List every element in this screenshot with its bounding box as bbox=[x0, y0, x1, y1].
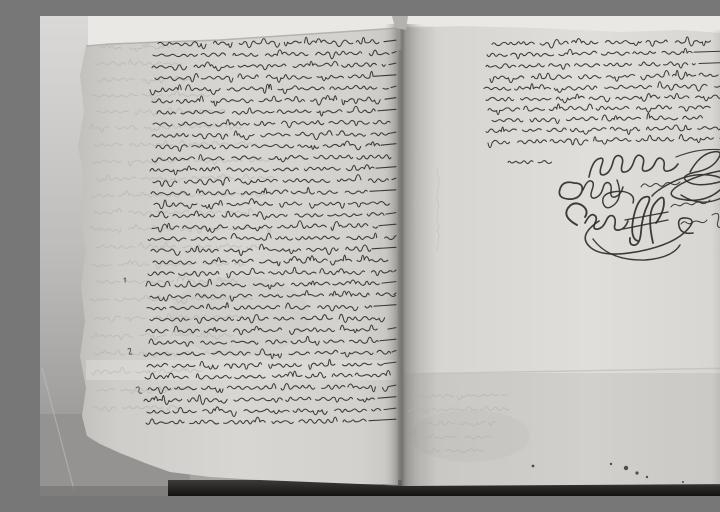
paper-stain bbox=[170, 276, 310, 356]
ink-speck bbox=[646, 476, 648, 478]
centre-fold bbox=[384, 24, 424, 486]
ink-speck bbox=[635, 471, 638, 474]
ink-speck bbox=[610, 463, 612, 465]
bottom-shadow-left bbox=[40, 486, 168, 496]
ink-speck bbox=[532, 465, 535, 468]
ink-speck bbox=[682, 481, 684, 483]
manuscript-photo bbox=[40, 16, 720, 496]
manuscript-scene bbox=[40, 16, 720, 496]
ink-speck bbox=[624, 466, 628, 470]
